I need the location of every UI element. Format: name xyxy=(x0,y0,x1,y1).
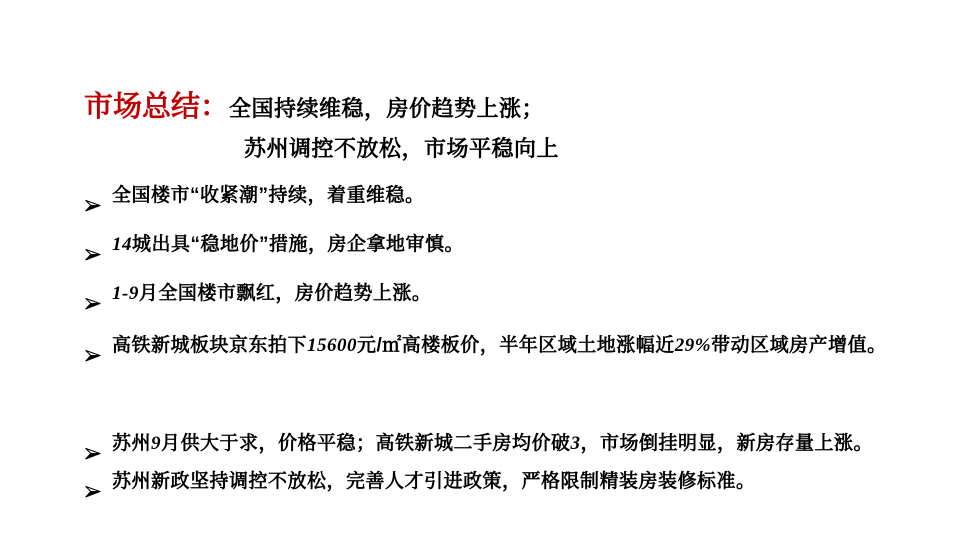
bullet-cjk-segment: 带动区域房产增值。 xyxy=(711,335,887,356)
bullet-cjk-segment: 月供大于求，价格平稳；高铁新城二手房均价破 xyxy=(161,433,571,454)
bullet-number-segment: 3 xyxy=(571,433,581,454)
arrowhead-bullet-icon xyxy=(84,286,101,301)
bullet-text: 全国楼市“收紧潮”持续，着重维稳。 xyxy=(112,185,425,206)
bullet-text: 14城出具“稳地价”措施，房企拿地审慎。 xyxy=(112,234,464,255)
bullet-cjk-segment: 元/㎡高楼板价，半年区域土地涨幅近 xyxy=(357,335,675,356)
bullet-number-segment: 29% xyxy=(675,335,711,356)
slide: 市场总结：全国持续维稳，房价趋势上涨； 苏州调控不放松，市场平稳向上 全国楼市“… xyxy=(0,0,960,540)
bullet-cjk-segment: 苏州新政坚持调控不放松，完善人才引进政策，严格限制精装房装修标准。 xyxy=(112,471,756,492)
bullet-item: 14城出具“稳地价”措施，房企拿地审慎。 xyxy=(84,225,890,265)
arrowhead-bullet-icon xyxy=(84,436,101,451)
bullet-item: 苏州新政坚持调控不放松，完善人才引进政策，严格限制精装房装修标准。 xyxy=(84,462,890,502)
bullet-text: 1-9月全国楼市飘红，房价趋势上涨。 xyxy=(112,283,431,304)
bullet-item: 苏州9月供大于求，价格平稳；高铁新城二手房均价破3，市场倒挂明显，新房存量上涨。 xyxy=(84,424,890,464)
arrowhead-bullet-icon xyxy=(84,474,101,489)
bullet-cjk-segment: ，市场倒挂明显，新房存量上涨。 xyxy=(581,433,874,454)
bullet-item: 全国楼市“收紧潮”持续，着重维稳。 xyxy=(84,176,890,216)
bullet-list: 全国楼市“收紧潮”持续，着重维稳。 14城出具“稳地价”措施，房企拿地审慎。 1… xyxy=(84,0,892,540)
bullet-number-segment: 9 xyxy=(151,433,161,454)
bullet-item: 1-9月全国楼市飘红，房价趋势上涨。 xyxy=(84,274,890,314)
bullet-cjk-segment: 城出具“稳地价”措施，房企拿地审慎。 xyxy=(132,234,464,255)
bullet-text: 苏州9月供大于求，价格平稳；高铁新城二手房均价破3，市场倒挂明显，新房存量上涨。 xyxy=(112,433,873,454)
bullet-text: 高铁新城板块京东拍下15600元/㎡高楼板价，半年区域土地涨幅近29%带动区域房… xyxy=(112,335,887,356)
arrowhead-bullet-icon xyxy=(84,338,101,353)
bullet-cjk-segment: 苏州 xyxy=(112,433,151,454)
bullet-number-segment: 15600 xyxy=(307,335,357,356)
bullet-cjk-segment: 高铁新城板块京东拍下 xyxy=(112,335,307,356)
bullet-text: 苏州新政坚持调控不放松，完善人才引进政策，严格限制精装房装修标准。 xyxy=(112,471,756,492)
arrowhead-bullet-icon xyxy=(84,237,101,252)
bullet-cjk-segment: 全国楼市“收紧潮”持续，着重维稳。 xyxy=(112,185,425,206)
bullet-number-segment: 14 xyxy=(112,234,132,255)
bullet-number-segment: 1-9 xyxy=(112,283,139,304)
bullet-cjk-segment: 月全国楼市飘红，房价趋势上涨。 xyxy=(139,283,432,304)
bullet-item: 高铁新城板块京东拍下15600元/㎡高楼板价，半年区域土地涨幅近29%带动区域房… xyxy=(84,326,890,366)
arrowhead-bullet-icon xyxy=(84,188,101,203)
